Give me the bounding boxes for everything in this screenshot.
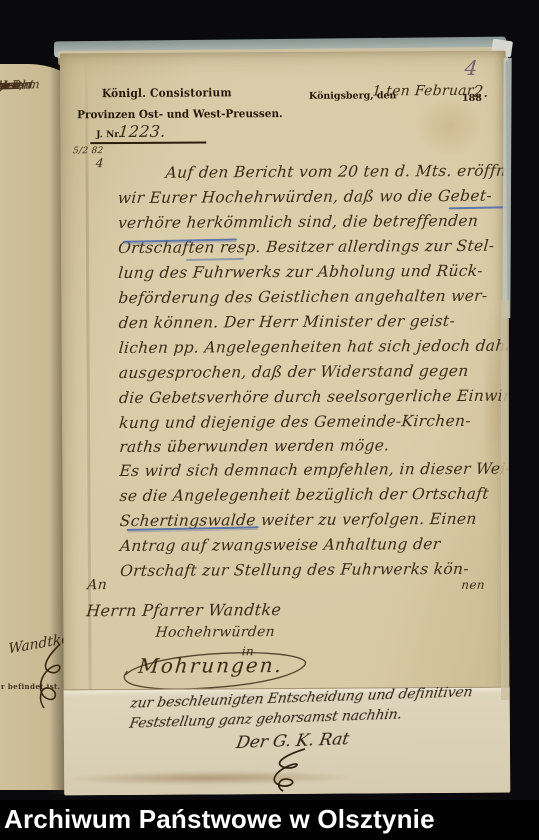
journal-number-value: 1223. xyxy=(118,122,167,141)
manuscript-line: die Gebetsverhöre durch seelsorgerliche … xyxy=(118,387,510,407)
year-digit-handwritten: 2. xyxy=(472,82,489,101)
registry-note-number: 4 xyxy=(95,156,104,170)
registry-note-date: 5/2 82 xyxy=(72,146,103,156)
signature-paraph-icon xyxy=(255,747,325,793)
manuscript-line: lichen pp. Angelegenheiten hat sich jedo… xyxy=(118,337,510,357)
address-honorific: Hochehrwürden xyxy=(155,624,276,641)
letter-page: Königl. Consistorium Provinzen Ost- und … xyxy=(60,51,511,796)
journal-number-underline xyxy=(90,141,206,144)
manuscript-line: Es wird sich demnach empfehlen, in diese… xyxy=(119,460,510,480)
archive-caption-bar: Archiwum Państwowe w Olsztynie xyxy=(0,800,539,840)
paper-stain xyxy=(415,96,485,156)
manuscript-line: lung des Fuhrwerks zur Abholung und Rück… xyxy=(118,262,484,282)
annotation-sheet: zur beschleunigten Entscheidung und defi… xyxy=(60,687,511,796)
manuscript-line: kung und diejenige des Gemeinde-Kirchen- xyxy=(118,412,471,432)
page-edge-sliver xyxy=(502,58,511,318)
flourish-oval-icon xyxy=(111,644,317,693)
manuscript-line: den können. Der Herr Minister der geist- xyxy=(118,312,456,332)
blue-underline xyxy=(449,206,509,209)
address-recipient: Herrn Pfarrer Wandtke xyxy=(86,600,282,620)
manuscript-line: wir Eurer Hochehrwürden, daß wo die Gebe… xyxy=(117,187,493,207)
manuscript-line: Antrag auf zwangsweise Anhaltung der xyxy=(119,535,441,555)
fold-crease xyxy=(85,53,93,795)
manuscript-line: se die Angelegenheit bezüglich der Ortsc… xyxy=(119,485,490,505)
manuscript-line: ausgesprochen, daß der Widerstand gegen xyxy=(118,362,469,382)
blue-underline xyxy=(186,258,244,261)
manuscript-line: Auf den Bericht vom 20 ten d. Mts. eröff… xyxy=(165,162,510,182)
page-edge-sliver xyxy=(501,300,509,700)
annotation-line: zur beschleunigten Entscheidung und defi… xyxy=(129,684,473,712)
manuscript-line: beförderung des Geistlichen angehalten w… xyxy=(118,287,488,307)
pencil-page-number: 4 xyxy=(464,56,479,80)
catchword: nen xyxy=(461,578,486,592)
date-handwritten: 1 ten Februar xyxy=(372,83,475,100)
archive-caption-label: Archiwum Państwowe w Olsztynie xyxy=(4,804,435,835)
letterhead-office-line1: Königl. Consistorium xyxy=(102,85,232,100)
address-salutation: An xyxy=(87,577,108,593)
letterhead-office-line2: Provinzen Ost- und West-Preussen. xyxy=(77,107,283,121)
fragment-line: Beispiel zu geben. xyxy=(0,75,25,100)
manuscript-line: raths überwunden werden möge. xyxy=(119,436,391,456)
archival-photo: v. 14 Nov 81 Vorstehende des Auftrags kr… xyxy=(0,0,539,840)
manuscript-line: Ortschaft zur Stellung des Fuhrwerks kön… xyxy=(119,560,469,580)
manuscript-line: verhöre herkömmlich sind, die betreffend… xyxy=(117,212,479,232)
